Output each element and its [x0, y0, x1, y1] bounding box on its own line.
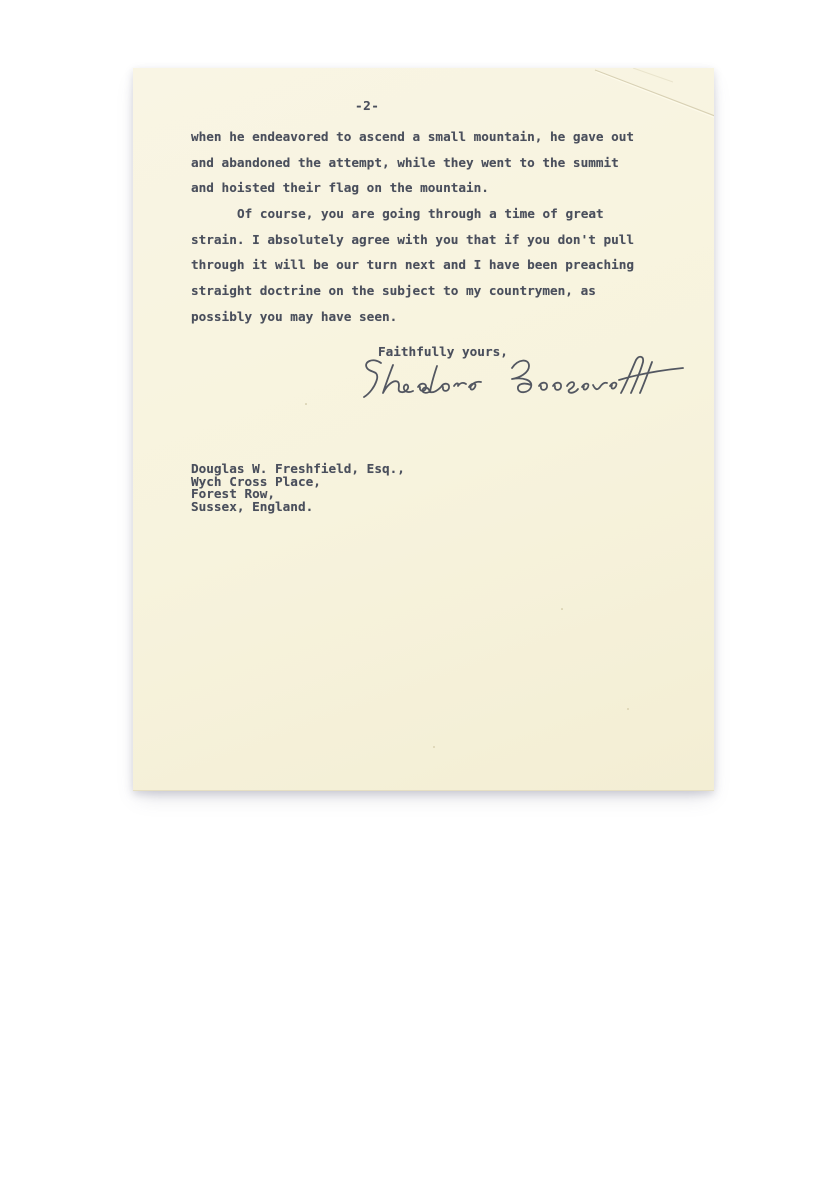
- letter-line: when he endeavored to ascend a small mou…: [191, 124, 661, 150]
- paper-speck: [561, 608, 563, 610]
- paper-speck: [433, 746, 435, 748]
- page-number: -2-: [355, 98, 379, 113]
- document-scan: -2- when he endeavored to ascend a small…: [0, 0, 819, 1197]
- paper-speck: [305, 403, 307, 405]
- recipient-address: Douglas W. Freshfield, Esq., Wych Cross …: [191, 463, 405, 514]
- letter-line: straight doctrine on the subject to my c…: [191, 278, 661, 304]
- letter-paper: -2- when he endeavored to ascend a small…: [133, 68, 714, 791]
- letter-body: when he endeavored to ascend a small mou…: [191, 124, 661, 330]
- recipient-line: Sussex, England.: [191, 501, 405, 514]
- letter-line: possibly you may have seen.: [191, 304, 661, 330]
- letter-line: Of course, you are going through a time …: [191, 201, 661, 227]
- letter-line: and abandoned the attempt, while they we…: [191, 150, 661, 176]
- letter-line: and hoisted their flag on the mountain.: [191, 175, 661, 201]
- signature-theodore-roosevelt: [357, 353, 697, 407]
- letter-line: strain. I absolutely agree with you that…: [191, 227, 661, 253]
- paper-speck: [627, 708, 629, 710]
- letter-line: through it will be our turn next and I h…: [191, 252, 661, 278]
